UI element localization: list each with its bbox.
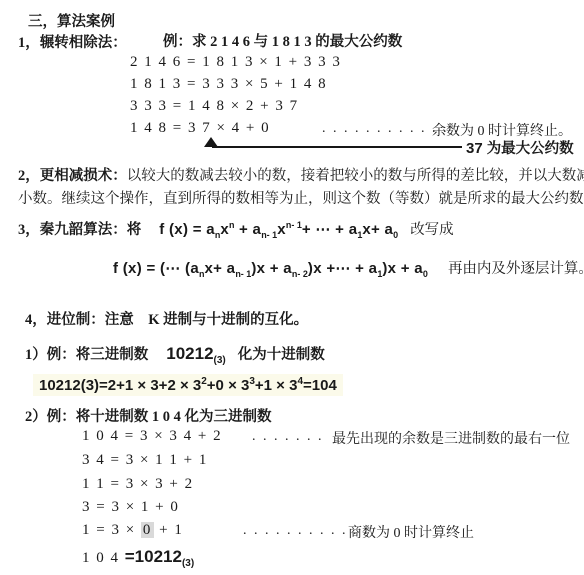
rewrite-label: 改写成 bbox=[410, 222, 454, 238]
example1-row: 1）例：将三进制数 10212(3) 化为十进制数 bbox=[25, 343, 325, 364]
example2-prefix: 2）例：将十进制数 1 0 4 化为三进制数 bbox=[25, 405, 272, 426]
section1-label: 1，辗转相除法： bbox=[18, 31, 127, 52]
result-value: =10212(3) bbox=[125, 547, 194, 566]
document-page: 三，算法案例 1，辗转相除法： 例：求 2 1 4 6 与 1 8 1 3 的最… bbox=[0, 0, 584, 575]
gcd-result: 37 为最大公约数 bbox=[466, 137, 574, 158]
equation-line: 3 4 = 3 × 1 1 + 1 bbox=[82, 452, 208, 469]
section2-line1: 2，更相减损术：以较大的数减去较小的数，接着把较小的数与所得的差比较，并以大数减 bbox=[18, 164, 584, 185]
gcd-value: 37 bbox=[466, 140, 483, 157]
horner-formula: f (x) = (⋯ (anx+ an- 1)x + an- 2)x +⋯ + … bbox=[113, 260, 428, 277]
quotient-note: 商数为 0 时计算终止 bbox=[348, 522, 474, 542]
equation-line: 3 3 3 = 1 4 8 × 2 + 3 7 bbox=[130, 98, 299, 115]
base3-number: 10212(3) bbox=[166, 344, 226, 363]
section3-note: 再由内及外逐层计算。 bbox=[448, 261, 584, 277]
section2-text1: 以较大的数减去较小的数，接着把较小的数与所得的差比较，并以大数减 bbox=[127, 168, 584, 184]
equation-line: 1 8 1 3 = 3 3 3 × 5 + 1 4 8 bbox=[130, 76, 327, 93]
result-prefix: 1 0 4 bbox=[82, 550, 125, 566]
equation-line: 2 1 4 6 = 1 8 1 3 × 1 + 3 3 3 bbox=[130, 54, 341, 71]
section3-row2: f (x) = (⋯ (anx+ an- 1)x + an- 2)x +⋯ + … bbox=[113, 257, 584, 278]
section3-row: 3，秦九韶算法：将 f (x) = anxn + an- 1xn- 1+ ⋯ +… bbox=[18, 218, 454, 239]
remainder-note: 最先出现的余数是三进制数的最右一位 bbox=[332, 428, 570, 448]
equation-line: 1 = 3 × 0 + 1 bbox=[82, 522, 183, 539]
equation-line: 3 = 3 × 1 + 0 bbox=[82, 499, 179, 516]
gcd-pointer-line bbox=[212, 146, 462, 148]
equation-line: 1 1 = 3 × 3 + 2 bbox=[82, 476, 194, 493]
dotted-leader: . . . . . . . bbox=[252, 429, 324, 445]
section2-line2: 小数。继续这个操作，直到所得的数相等为止，则这个数（等数）就是所求的最大公约数。 bbox=[18, 187, 584, 208]
example1-suffix: 化为十进制数 bbox=[238, 347, 325, 363]
equation-line: 1 0 4 = 3 × 3 4 + 2 bbox=[82, 428, 222, 445]
section3-label: 3，秦九韶算法：将 bbox=[18, 222, 141, 238]
section1-example: 例：求 2 1 4 6 与 1 8 1 3 的最大公约数 bbox=[163, 30, 402, 51]
example1-prefix: 1）例：将三进制数 bbox=[25, 347, 148, 363]
page-title: 三，算法案例 bbox=[28, 10, 115, 31]
section2-label: 2，更相减损术： bbox=[18, 168, 127, 184]
equation-line: 1 4 8 = 3 7 × 4 + 0 bbox=[130, 120, 270, 137]
polynomial-formula: f (x) = anxn + an- 1xn- 1+ ⋯ + a1x+ a0 bbox=[159, 221, 398, 238]
gcd-label: 为最大公约数 bbox=[487, 141, 574, 157]
result-row: 1 0 4 =10212(3) bbox=[82, 547, 194, 567]
section4-label: 4，进位制：注意 K 进制与十进制的互化。 bbox=[25, 308, 308, 329]
conversion-highlight: 10212(3)=2+1 × 3+2 × 32+0 × 33+1 × 34=10… bbox=[33, 374, 343, 396]
